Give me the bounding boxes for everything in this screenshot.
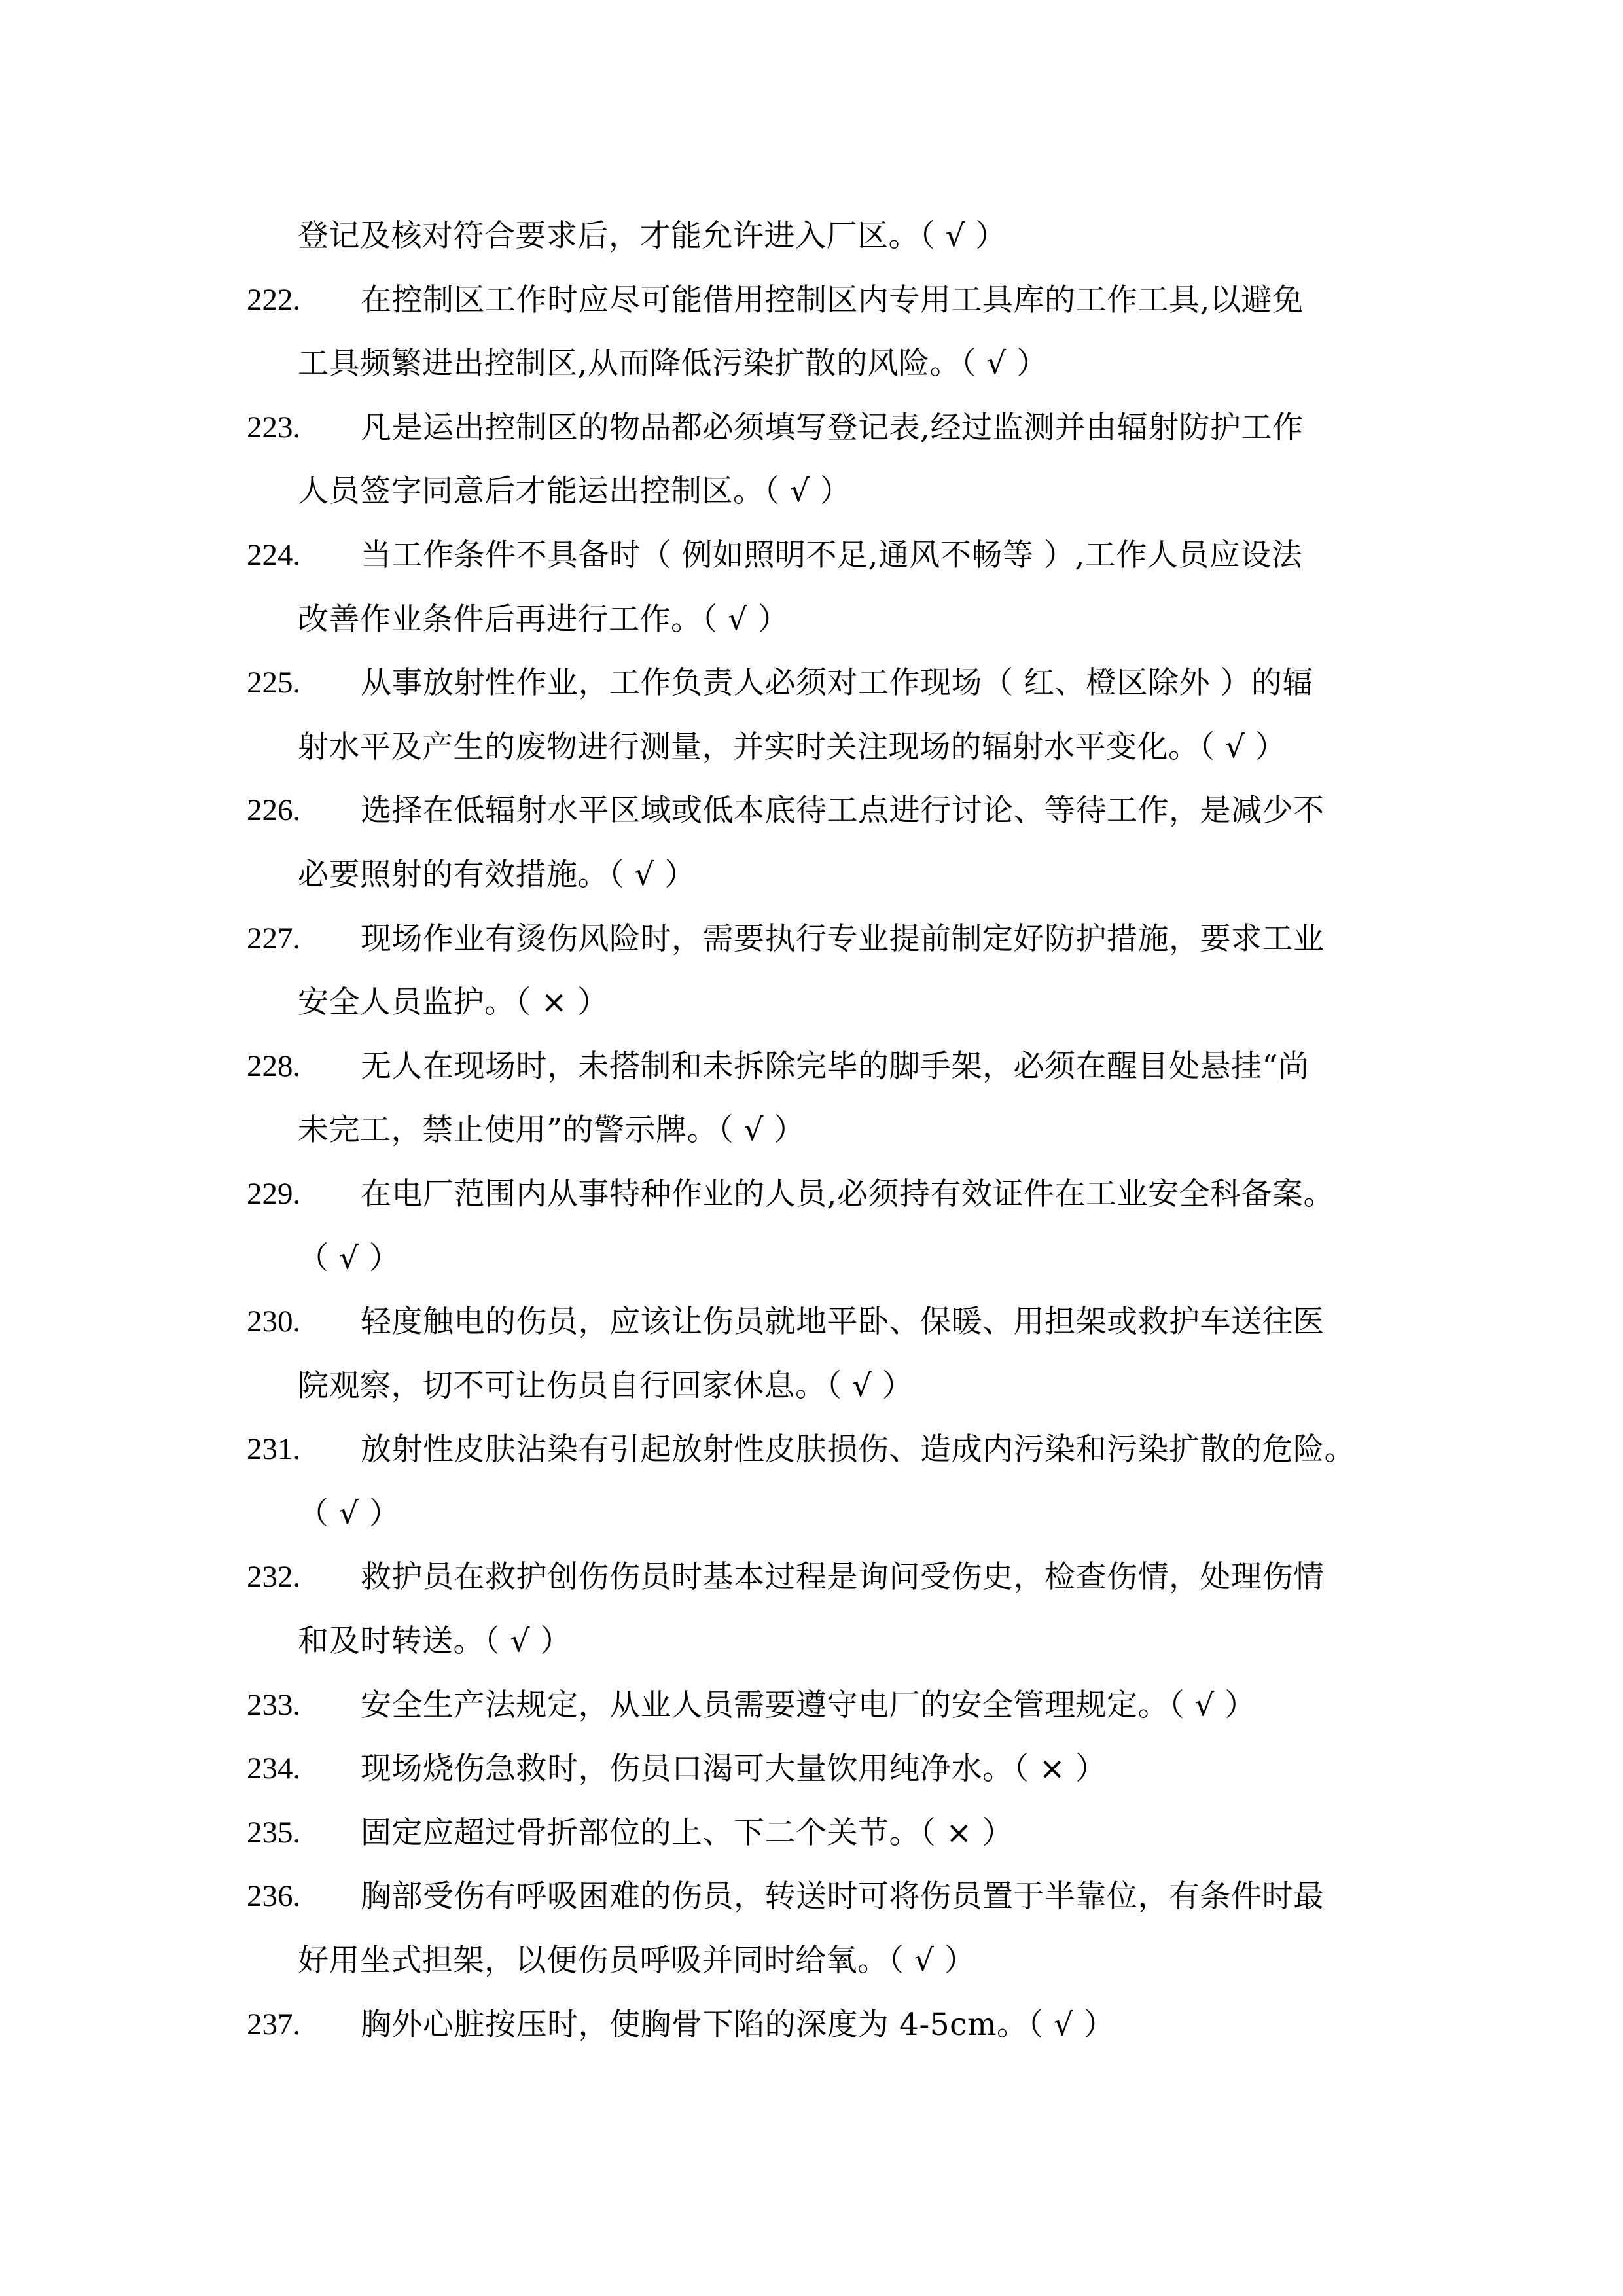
- item-number: 234.: [247, 1737, 300, 1801]
- item-text: 好用坐式担架，以便伤员呼吸并同时给氧。: [298, 1943, 889, 1979]
- list-item: 226. 选择在低辐射水平区域或低本底待工点进行讨论、等待工作，是减少不: [247, 779, 1382, 843]
- list-item: 225. 从事放射性作业，工作负责人必须对工作现场（ 红、橙区除外 ）的辐: [247, 651, 1382, 715]
- item-text: 工具频繁进出控制区,从而降低污染扩散的风险。: [298, 346, 961, 382]
- list-item: 233. 安全生产法规定，从业人员需要遵守电厂的安全管理规定。（ √ ）: [247, 1674, 1382, 1738]
- list-item-continuation: 人员签字同意后才能运出控制区。（ √ ）: [247, 459, 1382, 524]
- list-item: 234. 现场烧伤急救时，伤员口渴可大量饮用纯净水。（ × ）: [247, 1737, 1382, 1801]
- item-text: 从事放射性作业，工作负责人必须对工作现场（ 红、橙区除外 ）的辐: [361, 651, 1313, 715]
- item-number: 228.: [247, 1035, 300, 1099]
- list-item-continuation: 院观察，切不可让伤员自行回家休息。（ √ ）: [247, 1354, 1382, 1418]
- item-text: 登记及核对符合要求后，才能允许进入厂区。: [298, 218, 919, 254]
- item-number: 236.: [247, 1865, 300, 1929]
- item-text-continued: 安全人员监护。（ × ）: [298, 971, 609, 1035]
- item-text: 在电厂范围内从事特种作业的人员,必须持有效证件在工业安全科备案。: [361, 1162, 1334, 1227]
- item-number: 235.: [247, 1801, 300, 1865]
- list-item: 230. 轻度触电的伤员，应该让伤员就地平卧、保暖、用担架或救护车送往医: [247, 1290, 1382, 1354]
- list-item-continuation: 安全人员监护。（ × ）: [247, 971, 1382, 1035]
- item-number: 229.: [247, 1162, 300, 1227]
- item-text: 射水平及产生的废物进行测量，并实时关注现场的辐射水平变化。: [298, 729, 1200, 765]
- item-text-continued: 院观察，切不可让伤员自行回家休息。（ √ ）: [298, 1354, 913, 1418]
- answer-mark: （ √ ）: [919, 218, 1007, 254]
- item-text: 现场作业有烫伤风险时，需要执行专业提前制定好防护措施，要求工业: [361, 907, 1325, 971]
- question-list: 登记及核对符合要求后，才能允许进入厂区。（ √ ） 222. 在控制区工作时应尽…: [247, 204, 1382, 2056]
- answer-mark: （ × ）: [516, 984, 609, 1020]
- list-item: 235. 固定应超过骨折部位的上、下二个关节。（ × ）: [247, 1801, 1382, 1865]
- item-text: 人员签字同意后才能运出控制区。: [298, 473, 764, 509]
- item-text: 改善作业条件后再进行工作。: [298, 601, 702, 637]
- item-number: 230.: [247, 1290, 300, 1354]
- item-text: 放射性皮肤沾染有引起放射性皮肤损伤、造成内污染和污染扩散的危险。: [361, 1418, 1355, 1482]
- list-item: 223. 凡是运出控制区的物品都必须填写登记表,经过监测并由辐射防护工作: [247, 396, 1382, 460]
- item-text: 安全人员监护。: [298, 984, 516, 1020]
- list-item-continuation: 射水平及产生的废物进行测量，并实时关注现场的辐射水平变化。（ √ ）: [247, 715, 1382, 780]
- item-text-continued: 未完工，禁止使用”的警示牌。（ √ ）: [298, 1098, 805, 1162]
- item-text-continued: 射水平及产生的废物进行测量，并实时关注现场的辐射水平变化。（ √ ）: [298, 715, 1286, 780]
- answer-mark: （ √ ）: [484, 1623, 571, 1659]
- list-item-continuation: 和及时转送。（ √ ）: [247, 1609, 1382, 1674]
- item-text: 胸部受伤有呼吸困难的伤员，转送时可将伤员置于半靠位，有条件时最: [361, 1865, 1325, 1929]
- list-item-continuation: 未完工，禁止使用”的警示牌。（ √ ）: [247, 1098, 1382, 1162]
- item-number: 227.: [247, 907, 300, 971]
- answer-mark: （ × ）: [1014, 1751, 1107, 1787]
- item-text-with-answer: 现场烧伤急救时，伤员口渴可大量饮用纯净水。（ × ）: [361, 1737, 1107, 1801]
- item-number: 226.: [247, 779, 300, 843]
- document-page: 登记及核对符合要求后，才能允许进入厂区。（ √ ） 222. 在控制区工作时应尽…: [0, 0, 1623, 2296]
- list-item: 228. 无人在现场时，未搭制和未拆除完毕的脚手架，必须在醒目处悬挂“尚: [247, 1035, 1382, 1099]
- answer-mark: （ √ ）: [1169, 1687, 1256, 1723]
- answer-mark: （ √ ）: [889, 1943, 976, 1979]
- continuation-line: 登记及核对符合要求后，才能允许进入厂区。（ √ ）: [247, 204, 1382, 268]
- list-item: 227. 现场作业有烫伤风险时，需要执行专业提前制定好防护措施，要求工业: [247, 907, 1382, 971]
- item-text: 胸外心脏按压时，使胸骨下陷的深度为 4-5cm。: [361, 2007, 1028, 2043]
- list-item: 224. 当工作条件不具备时（ 例如照明不足,通风不畅等 ）,工作人员应设法: [247, 524, 1382, 588]
- answer-mark: （ √ ）: [764, 473, 851, 509]
- item-text-continued: （ √ ）: [298, 1227, 400, 1291]
- list-item: 222. 在控制区工作时应尽可能借用控制区内专用工具库的工作工具,以避免: [247, 268, 1382, 332]
- item-text: 轻度触电的伤员，应该让伤员就地平卧、保暖、用担架或救护车送往医: [361, 1290, 1325, 1354]
- item-text-continued: 必要照射的有效措施。（ √ ）: [298, 843, 696, 907]
- answer-mark: （ √ ）: [827, 1368, 914, 1404]
- answer-mark: （ √ ）: [609, 857, 696, 893]
- item-number: 237.: [247, 1993, 300, 2057]
- item-text: 当工作条件不具备时（ 例如照明不足,通风不畅等 ）,工作人员应设法: [361, 524, 1302, 588]
- answer-mark: （ √ ）: [298, 1496, 400, 1532]
- item-number: 222.: [247, 268, 300, 332]
- item-number: 232.: [247, 1545, 300, 1609]
- answer-mark: （ × ）: [920, 1815, 1013, 1851]
- item-number: 223.: [247, 396, 300, 460]
- item-text: 安全生产法规定，从业人员需要遵守电厂的安全管理规定。: [361, 1687, 1169, 1723]
- list-item-continuation: （ √ ）: [247, 1482, 1382, 1546]
- item-text-with-answer: 安全生产法规定，从业人员需要遵守电厂的安全管理规定。（ √ ）: [361, 1674, 1256, 1738]
- list-item: 232. 救护员在救护创伤伤员时基本过程是询问受伤史，检查伤情，处理伤情: [247, 1545, 1382, 1609]
- item-text: 未完工，禁止使用”的警示牌。: [298, 1112, 718, 1148]
- item-text: 选择在低辐射水平区域或低本底待工点进行讨论、等待工作，是减少不: [361, 779, 1325, 843]
- answer-mark: （ √ ）: [1200, 729, 1287, 765]
- answer-mark: （ √ ）: [961, 346, 1048, 382]
- list-item-continuation: 好用坐式担架，以便伤员呼吸并同时给氧。（ √ ）: [247, 1929, 1382, 1993]
- list-item: 237. 胸外心脏按压时，使胸骨下陷的深度为 4-5cm。（ √ ）: [247, 1993, 1382, 2057]
- item-text: 和及时转送。: [298, 1623, 484, 1659]
- item-number: 225.: [247, 651, 300, 715]
- continuation-text: 登记及核对符合要求后，才能允许进入厂区。（ √ ）: [298, 204, 1007, 268]
- item-text-continued: 人员签字同意后才能运出控制区。（ √ ）: [298, 459, 851, 524]
- item-text: 固定应超过骨折部位的上、下二个关节。: [361, 1815, 920, 1851]
- item-text-with-answer: 固定应超过骨折部位的上、下二个关节。（ × ）: [361, 1801, 1013, 1865]
- answer-mark: （ √ ）: [718, 1112, 805, 1148]
- list-item: 229. 在电厂范围内从事特种作业的人员,必须持有效证件在工业安全科备案。: [247, 1162, 1382, 1227]
- answer-mark: （ √ ）: [1028, 2007, 1115, 2043]
- item-text: 院观察，切不可让伤员自行回家休息。: [298, 1368, 827, 1404]
- item-text-continued: 和及时转送。（ √ ）: [298, 1609, 571, 1674]
- list-item-continuation: （ √ ）: [247, 1227, 1382, 1291]
- item-text: 现场烧伤急救时，伤员口渴可大量饮用纯净水。: [361, 1751, 1014, 1787]
- answer-mark: （ √ ）: [702, 601, 789, 637]
- item-text: 救护员在救护创伤伤员时基本过程是询问受伤史，检查伤情，处理伤情: [361, 1545, 1325, 1609]
- item-number: 231.: [247, 1418, 300, 1482]
- item-text-continued: 改善作业条件后再进行工作。（ √ ）: [298, 588, 789, 652]
- list-item: 231. 放射性皮肤沾染有引起放射性皮肤损伤、造成内污染和污染扩散的危险。: [247, 1418, 1382, 1482]
- list-item: 236. 胸部受伤有呼吸困难的伤员，转送时可将伤员置于半靠位，有条件时最: [247, 1865, 1382, 1929]
- item-number: 224.: [247, 524, 300, 588]
- item-text-with-answer: 胸外心脏按压时，使胸骨下陷的深度为 4-5cm。（ √ ）: [361, 1993, 1115, 2057]
- item-text: 凡是运出控制区的物品都必须填写登记表,经过监测并由辐射防护工作: [361, 396, 1303, 460]
- list-item-continuation: 工具频繁进出控制区,从而降低污染扩散的风险。（ √ ）: [247, 332, 1382, 396]
- item-number: 233.: [247, 1674, 300, 1738]
- list-item-continuation: 改善作业条件后再进行工作。（ √ ）: [247, 588, 1382, 652]
- item-text: 必要照射的有效措施。: [298, 857, 609, 893]
- item-text: 在控制区工作时应尽可能借用控制区内专用工具库的工作工具,以避免: [361, 268, 1303, 332]
- item-text-continued: 好用坐式担架，以便伤员呼吸并同时给氧。（ √ ）: [298, 1929, 975, 1993]
- item-text-continued: （ √ ）: [298, 1482, 400, 1546]
- list-item-continuation: 必要照射的有效措施。（ √ ）: [247, 843, 1382, 907]
- answer-mark: （ √ ）: [298, 1240, 400, 1276]
- item-text: 无人在现场时，未搭制和未拆除完毕的脚手架，必须在醒目处悬挂“尚: [361, 1035, 1310, 1099]
- item-text-continued: 工具频繁进出控制区,从而降低污染扩散的风险。（ √ ）: [298, 332, 1048, 396]
